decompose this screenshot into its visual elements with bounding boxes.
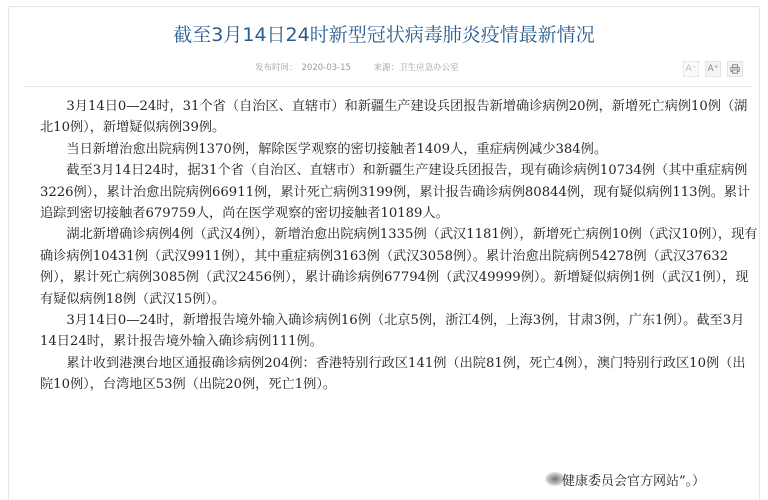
source-info: 来源：卫生应急办公室 bbox=[374, 63, 469, 73]
article-body: 3月14日0—24时，31个省（自治区、直辖市）和新疆生产建设兵团报告新增确诊病… bbox=[40, 96, 758, 396]
source-value: 卫生应急办公室 bbox=[399, 63, 459, 73]
paragraph-cumulative: 截至3月14日24时，据31个省（自治区、直辖市）和新疆生产建设兵团报告，现有确… bbox=[40, 160, 758, 224]
publish-label: 发布时间： bbox=[255, 63, 298, 73]
paragraph-hubei: 湖北新增确诊病例4例（武汉4例），新增治愈出院病例1335例（武汉1181例），… bbox=[40, 224, 758, 310]
article-title: 截至3月14日24时新型冠状病毒肺炎疫情最新情况 bbox=[0, 20, 768, 47]
publish-info: 发布时间：2020-03-15 bbox=[255, 63, 361, 73]
article-meta: 发布时间：2020-03-15 来源：卫生应急办公室 bbox=[255, 61, 479, 73]
font-increase-button[interactable]: A⁺ bbox=[705, 61, 721, 77]
paragraph-daily-new: 3月14日0—24时，31个省（自治区、直辖市）和新疆生产建设兵团报告新增确诊病… bbox=[40, 96, 758, 139]
header-divider bbox=[24, 86, 752, 87]
print-button[interactable] bbox=[727, 61, 743, 77]
font-decrease-button[interactable]: A⁻ bbox=[683, 61, 699, 77]
font-increase-icon: A⁺ bbox=[708, 64, 719, 74]
font-decrease-icon: A⁻ bbox=[686, 64, 697, 74]
paragraph-recoveries: 当日新增治愈出院病例1370例，解除医学观察的密切接触者1409人，重症病例减少… bbox=[40, 139, 758, 160]
printer-icon bbox=[730, 64, 740, 74]
publish-date: 2020-03-15 bbox=[302, 63, 351, 73]
paragraph-imported: 3月14日0—24时，新增报告境外输入确诊病例16例（北京5例，浙江4例，上海3… bbox=[40, 310, 758, 353]
footer-source-note: 健康委员会官方网站”。） bbox=[562, 470, 705, 489]
paragraph-hk-macao-taiwan: 累计收到港澳台地区通报确诊病例204例：香港特别行政区141例（出院81例，死亡… bbox=[40, 353, 758, 396]
source-label: 来源： bbox=[374, 63, 400, 73]
article-toolbar: A⁻ A⁺ bbox=[683, 61, 743, 77]
